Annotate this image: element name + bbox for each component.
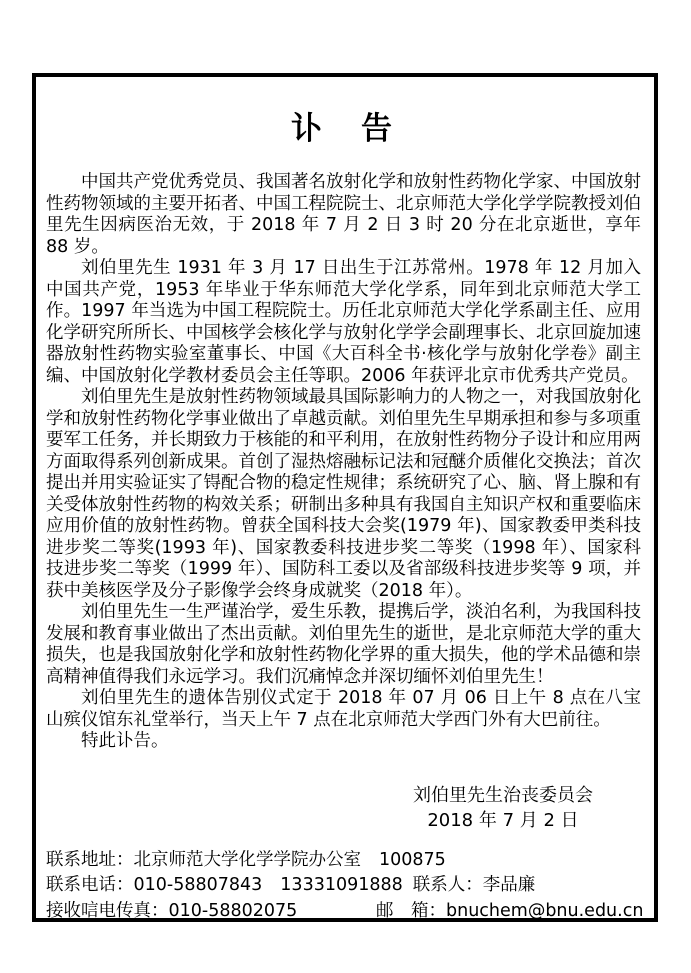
contact-phone-1: 010-58807843 — [134, 875, 263, 895]
contact-person-group: 联系人：李品廉 — [413, 873, 536, 899]
body-paragraph: 中国共产党优秀党员、我国著名放射化学和放射性药物化学家、中国放射性药物领域的主要… — [46, 172, 641, 258]
signature-date: 2018 年 7 月 2 日 — [413, 808, 593, 833]
obituary-page: 讣 告 中国共产党优秀党员、我国著名放射化学和放射性药物化学家、中国放射性药物领… — [0, 0, 691, 973]
contact-phone-label: 联系电话： — [46, 875, 134, 895]
contact-fax-value: 010-58802075 — [169, 901, 298, 921]
signature-inner: 刘伯里先生治丧委员会 2018 年 7 月 2 日 — [413, 783, 593, 833]
page-title: 讣 告 — [46, 111, 641, 148]
contact-person-label: 联系人： — [413, 875, 483, 895]
contact-email-value: bnuchem@bnu.edu.cn — [446, 901, 643, 921]
contact-person-value: 李品廉 — [483, 875, 536, 895]
contact-phone-2: 13331091888 — [280, 875, 402, 895]
contact-address-value: 北京师范大学化学学院办公室 — [134, 848, 362, 874]
body-paragraph: 刘伯里先生 1931 年 3 月 17 日出生于江苏常州。1978 年 12 月… — [46, 258, 641, 387]
body-paragraph: 特此讣告。 — [46, 731, 641, 753]
contact-fax-group: 接收唁电传真：010-58802075 — [46, 899, 376, 925]
contact-phone-group: 联系电话：010-5880784313331091888 — [46, 873, 413, 899]
body-paragraph: 刘伯里先生的遗体告别仪式定于 2018 年 07 月 06 日上午 8 点在八宝… — [46, 688, 641, 731]
contact-row-fax-email: 接收唁电传真：010-58802075 邮 箱：bnuchem@bnu.edu.… — [46, 899, 641, 925]
contact-email-group: 邮 箱：bnuchem@bnu.edu.cn — [376, 899, 643, 925]
contact-email-label: 邮 箱： — [376, 901, 446, 921]
contact-postal-code: 100875 — [379, 848, 446, 874]
signature-block: 刘伯里先生治丧委员会 2018 年 7 月 2 日 — [46, 783, 641, 833]
contact-block: 联系地址：北京师范大学化学学院办公室100875 联系电话：010-588078… — [46, 848, 641, 925]
body-paragraph: 刘伯里先生是放射性药物领域最具国际影响力的人物之一，对我国放射化学和放射性药物化… — [46, 387, 641, 602]
contact-row-address: 联系地址：北京师范大学化学学院办公室100875 — [46, 848, 641, 874]
signature-committee: 刘伯里先生治丧委员会 — [413, 783, 593, 808]
document-border-frame: 讣 告 中国共产党优秀党员、我国著名放射化学和放射性药物化学家、中国放射性药物领… — [32, 73, 658, 922]
contact-fax-label: 接收唁电传真： — [46, 901, 169, 921]
contact-address-label: 联系地址： — [46, 848, 134, 874]
body-paragraph: 刘伯里先生一生严谨治学，爱生乐教，提携后学，淡泊名利，为我国科技发展和教育事业做… — [46, 602, 641, 688]
obituary-body: 中国共产党优秀党员、我国著名放射化学和放射性药物化学家、中国放射性药物领域的主要… — [46, 172, 641, 753]
contact-row-phone: 联系电话：010-5880784313331091888 联系人：李品廉 — [46, 873, 641, 899]
